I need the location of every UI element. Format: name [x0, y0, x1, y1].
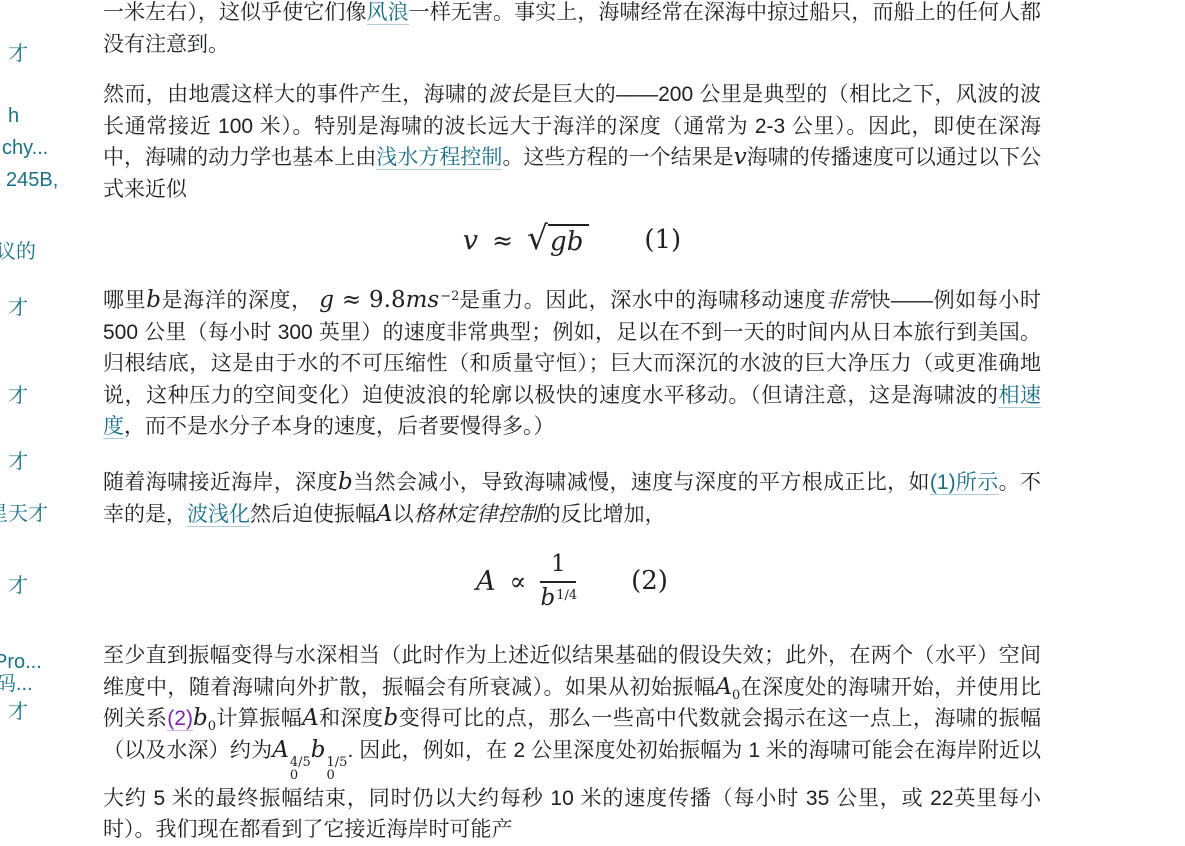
- text-segment: 然后迫使振幅: [250, 503, 376, 526]
- text-segment: A0: [715, 674, 740, 700]
- text-segment: ≈ 9.8: [334, 287, 406, 313]
- paragraph-wavelength: 然而，由地震这样大的事件产生，海啸的波长是巨大的——200 公里是典型的（相比之…: [103, 79, 1041, 205]
- sidebar-item-truncated[interactable]: 才: [8, 574, 28, 598]
- equation-1: v ≈ √ gb (1): [103, 212, 1041, 268]
- text-segment: b: [383, 705, 398, 731]
- text-segment: 和深度: [319, 707, 384, 730]
- text-segment: v: [734, 144, 747, 170]
- text-segment: b: [146, 287, 161, 313]
- paragraph-shoaling: 随着海啸接近海岸，深度b当然会减小，导致海啸减慢，速度与深度的平方根成正比，如(…: [103, 467, 1041, 530]
- text-segment: 波长: [488, 83, 531, 106]
- paragraph-partial-top: 一米左右），这似乎使它们像风浪一样无害。事实上，海啸经常在深海中掠过船只，而船上…: [103, 0, 1041, 60]
- inline-link[interactable]: 风浪: [367, 1, 409, 25]
- equation-variable: A: [476, 566, 496, 597]
- text-segment: A4/50: [272, 737, 311, 763]
- equation-2: A ∝ 1 b1/4 (2): [103, 545, 1041, 617]
- sidebar-item-truncated[interactable]: 才: [8, 42, 28, 66]
- text-segment: 计算振幅: [216, 707, 302, 730]
- proportional-symbol: ∝: [510, 567, 527, 596]
- text-segment: 是海洋的深度，: [161, 289, 319, 312]
- text-segment: ms−2: [406, 287, 459, 313]
- text-segment: 当然会减小，导致海啸减慢，速度与深度的平方根成正比，如: [353, 471, 930, 494]
- text-segment: 格林定律控制: [414, 503, 540, 526]
- sidebar-item-truncated[interactable]: 议的: [0, 240, 36, 264]
- text-segment: 的反比增加，: [540, 503, 666, 526]
- paragraph-speed: 哪里b是海洋的深度， g ≈ 9.8ms−2是重力。因此，深水中的海啸移动速度非…: [103, 285, 1041, 443]
- fraction-numerator: 1: [540, 551, 576, 582]
- fraction: 1 b1/4: [540, 551, 576, 611]
- inline-link[interactable]: (1)所示: [930, 471, 999, 495]
- radicand: gb: [548, 224, 589, 257]
- sidebar-item-truncated[interactable]: 才: [8, 384, 28, 408]
- history-sidebar: 才 h chy... 245B, 议的 才 才 才 星天才 才 Pro... 码…: [0, 0, 100, 819]
- sidebar-item-truncated[interactable]: chy...: [2, 136, 48, 160]
- text-segment: 然而，由地震这样大的事件产生，海啸的: [103, 83, 488, 106]
- text-segment: ，而不是水分子本身的速度，后者要慢得多。）: [124, 415, 555, 438]
- text-segment: 哪里: [103, 289, 146, 312]
- sidebar-item-truncated[interactable]: Pro...: [0, 650, 42, 674]
- sidebar-item-truncated[interactable]: 才: [8, 296, 28, 320]
- inline-link[interactable]: 波浅化: [187, 503, 250, 527]
- equation-2-formula: A ∝ 1 b1/4: [476, 551, 576, 611]
- text-segment: 以: [393, 503, 414, 526]
- text-segment: b0: [193, 705, 216, 731]
- text-segment: 。这些方程的一个结果是: [502, 146, 733, 169]
- sidebar-item-truncated[interactable]: 星天才: [0, 502, 48, 526]
- text-segment: g: [319, 287, 334, 313]
- text-segment: 是重力。因此，深水中的海啸移动速度: [458, 289, 826, 312]
- paragraph-amplitude: 至少直到振幅变得与水深相当（此时作为上述近似结果基础的假设失效；此外，在两个（水…: [103, 640, 1041, 819]
- text-segment: 非常: [826, 289, 869, 312]
- text-segment: A: [302, 705, 319, 731]
- text-segment: 随着海啸接近海岸，深度: [103, 471, 338, 494]
- inline-link-visited[interactable]: (2): [167, 707, 193, 731]
- sidebar-item-truncated[interactable]: 才: [8, 700, 28, 724]
- sidebar-item-truncated[interactable]: h: [8, 104, 19, 128]
- text-segment: b: [338, 469, 353, 495]
- equation-number: (2): [631, 566, 668, 596]
- equation-variable: v: [463, 225, 478, 256]
- text-segment: 一米左右），这似乎使它们像: [103, 1, 367, 24]
- sidebar-item-truncated[interactable]: 才: [8, 450, 28, 474]
- radical-symbol: √: [527, 221, 548, 254]
- fraction-denominator: b1/4: [540, 583, 576, 611]
- approx-symbol: ≈: [492, 226, 513, 255]
- inline-link[interactable]: 浅水方程控制: [376, 146, 502, 170]
- equation-1-formula: v ≈ √ gb: [463, 224, 590, 257]
- sidebar-item-truncated[interactable]: 码...: [0, 672, 33, 696]
- text-segment: b1/50: [311, 737, 348, 763]
- sidebar-item-truncated[interactable]: 245B,: [6, 168, 58, 192]
- text-segment: A: [376, 501, 393, 527]
- square-root: √ gb: [527, 224, 589, 257]
- equation-number: (1): [644, 225, 681, 255]
